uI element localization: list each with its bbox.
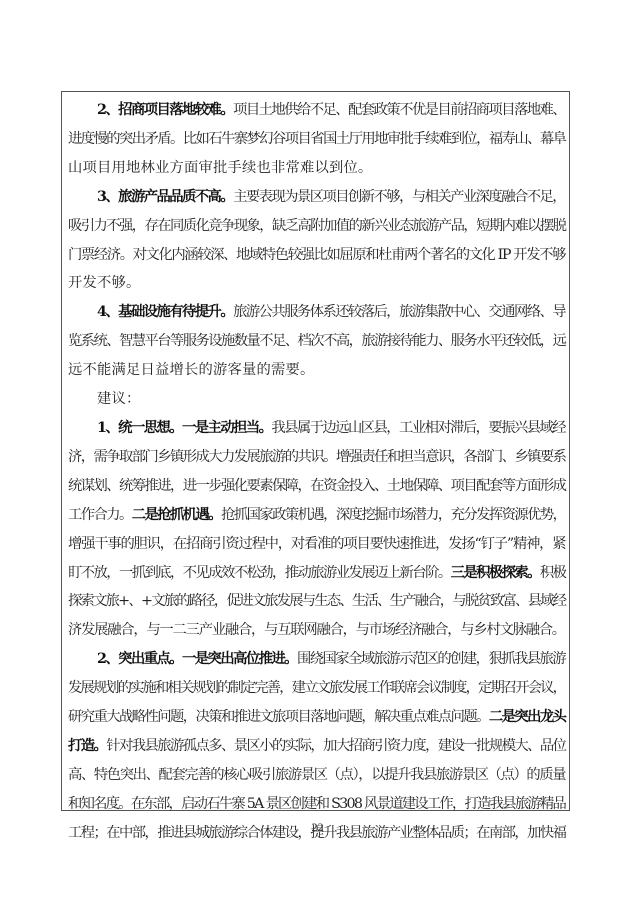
body-text: 抢抓国家政策机遇，深度挖掘市场潜力，充分发挥资源优势， bbox=[221, 507, 565, 523]
text-line: 增强干事的胆识，在招商引资过程中，对看准的项目要快速推进，发扬“钉子”精神，紧 bbox=[68, 530, 565, 559]
paragraph: 2、招商项目落地较难。项目土地供给不足、配套政策不优是目前招商项目落地难、进度慢… bbox=[68, 96, 565, 183]
body-text: 和知名度。在东部，启动石牛寨 5A 景区创建和 S308 风景道建设工作，打造我… bbox=[68, 796, 565, 812]
text-line: 远不能满足日益增长的游客量的需要。 bbox=[68, 356, 565, 385]
text-line: 进度慢的突出矛盾。比如石牛寨梦幻谷项目省国土厅用地审批手续难到位，福寿山、幕阜 bbox=[68, 125, 565, 154]
bold-heading-text: 2、突出重点。一是突出高位推进。 bbox=[97, 651, 297, 667]
text-line: 2、招商项目落地较难。项目土地供给不足、配套政策不优是目前招商项目落地难、 bbox=[68, 96, 565, 125]
text-line: 高、特色突出、配套完善的核心吸引旅游景区（点），以提升我县旅游景区（点）的质量 bbox=[68, 761, 565, 790]
body-text: 发展规划的实施和相关规划的制定完善，建立文旅发展工作联席会议制度，定期召开会议， bbox=[68, 680, 565, 696]
text-line: 研究重大战略性问题，决策和推进文旅项目落地问题，解决重点难点问题。二是突出龙头 bbox=[68, 703, 565, 732]
body-text: 进度慢的突出矛盾。比如石牛寨梦幻谷项目省国土厅用地审批手续难到位，福寿山、幕阜 bbox=[68, 131, 565, 147]
body-text: 围绕国家全域旅游示范区的创建，狠抓我县旅游 bbox=[297, 651, 565, 667]
bold-heading-text: 3、旅游产品品质不高。 bbox=[97, 189, 233, 205]
text-line: 济发展融合，与一二三产业融合，与互联网融合，与市场经济融合，与乡村文脉融合。 bbox=[68, 616, 565, 645]
body-text: 统谋划、统筹推进，进一步强化要素保障，在资金投入、土地保障、项目配套等方面形成 bbox=[68, 478, 565, 494]
body-text: 吸引力不强，存在同质化竞争现象，缺乏高附加值的新兴业态旅游产品，短期内难以摆脱 bbox=[68, 218, 565, 234]
text-line: 4、基础设施有待提升。旅游公共服务体系还较落后，旅游集散中心、交通网络、导 bbox=[68, 298, 565, 327]
paragraph: 4、基础设施有待提升。旅游公共服务体系还较落后，旅游集散中心、交通网络、导览系统… bbox=[68, 298, 565, 385]
text-line: 盯不放，一抓到底，不见成效不松劲，推动旅游业发展迈上新台阶。三是积极探索。积极 bbox=[68, 559, 565, 588]
body-text: 工作合力。 bbox=[68, 507, 132, 523]
body-text: 盯不放，一抓到底，不见成效不松劲，推动旅游业发展迈上新台阶。 bbox=[68, 565, 451, 581]
bold-heading-text: 打造。 bbox=[68, 738, 106, 754]
text-line: 3、旅游产品品质不高。主要表现为景区项目创新不够，与相关产业深度融合不足， bbox=[68, 183, 565, 212]
body-text: 针对我县旅游孤点多、景区小的实际，加大招商引资力度，建设一批规模大、品位 bbox=[106, 738, 565, 754]
body-text: 开发不够。 bbox=[68, 275, 140, 291]
body-text: 积极 bbox=[540, 565, 566, 581]
paragraph: 1、统一思想。一是主动担当。我县属于边远山区县，工业相对滞后，要振兴县域经济，需… bbox=[68, 414, 565, 645]
text-line: 探索文旅+、+文旅的路径，促进文旅发展与生态、生活、生产融合，与脱贫致富、县域经 bbox=[68, 587, 565, 616]
paragraph: 2、突出重点。一是突出高位推进。围绕国家全域旅游示范区的创建，狠抓我县旅游发展规… bbox=[68, 645, 565, 847]
body-text: 济，需争取部门乡镇形成大力发展旅游的共识。增强责任和担当意识，各部门、乡镇要系 bbox=[68, 449, 565, 465]
text-line: 打造。针对我县旅游孤点多、景区小的实际，加大招商引资力度，建设一批规模大、品位 bbox=[68, 732, 565, 761]
bold-heading-text: 二是突出龙头 bbox=[489, 709, 566, 725]
content-table-cell: 2、招商项目落地较难。项目土地供给不足、配套政策不优是目前招商项目落地难、进度慢… bbox=[61, 91, 570, 811]
text-line: 建议： bbox=[68, 385, 565, 414]
bold-heading-text: 2、招商项目落地较难。 bbox=[97, 102, 233, 118]
body-text: 项目土地供给不足、配套政策不优是目前招商项目落地难、 bbox=[233, 102, 565, 118]
body-text: 增强干事的胆识，在招商引资过程中，对看准的项目要快速推进，发扬“钉子”精神，紧 bbox=[68, 536, 565, 552]
text-line: 门票经济。对文化内涵较深、地域特色较强比如屈原和杜甫两个著名的文化 IP 开发不… bbox=[68, 241, 565, 270]
body-text: 览系统、智慧平台等服务设施数量不足、档次不高，旅游接待能力、服务水平还较低，远 bbox=[68, 333, 565, 349]
text-line: 1、统一思想。一是主动担当。我县属于边远山区县，工业相对滞后，要振兴县域经 bbox=[68, 414, 565, 443]
body-text: 研究重大战略性问题，决策和推进文旅项目落地问题，解决重点难点问题。 bbox=[68, 709, 489, 725]
bold-heading-text: 4、基础设施有待提升。 bbox=[97, 304, 233, 320]
page-number: 22 bbox=[0, 820, 635, 835]
paragraph: 建议： bbox=[68, 385, 565, 414]
body-text: 门票经济。对文化内涵较深、地域特色较强比如屈原和杜甫两个著名的文化 IP 开发不… bbox=[68, 247, 565, 263]
text-line: 工作合力。二是抢抓机遇。抢抓国家政策机遇，深度挖掘市场潜力，充分发挥资源优势， bbox=[68, 501, 565, 530]
body-text: 济发展融合，与一二三产业融合，与互联网融合，与市场经济融合，与乡村文脉融合。 bbox=[68, 622, 565, 638]
text-line: 济，需争取部门乡镇形成大力发展旅游的共识。增强责任和担当意识，各部门、乡镇要系 bbox=[68, 443, 565, 472]
body-text: 我县属于边远山区县，工业相对滞后，要振兴县域经 bbox=[271, 420, 565, 436]
text-line: 览系统、智慧平台等服务设施数量不足、档次不高，旅游接待能力、服务水平还较低，远 bbox=[68, 327, 565, 356]
text-line: 山项目用地林业方面审批手续也非常难以到位。 bbox=[68, 154, 565, 183]
body-text: 探索文旅+、+文旅的路径，促进文旅发展与生态、生活、生产融合，与脱贫致富、县域经 bbox=[68, 593, 565, 609]
text-line: 统谋划、统筹推进，进一步强化要素保障，在资金投入、土地保障、项目配套等方面形成 bbox=[68, 472, 565, 501]
text-line: 开发不够。 bbox=[68, 269, 565, 298]
body-text: 主要表现为景区项目创新不够，与相关产业深度融合不足， bbox=[233, 189, 565, 205]
text-line: 和知名度。在东部，启动石牛寨 5A 景区创建和 S308 风景道建设工作，打造我… bbox=[68, 790, 565, 819]
bold-heading-text: 三是积极探索。 bbox=[451, 565, 540, 581]
body-text: 高、特色突出、配套完善的核心吸引旅游景区（点），以提升我县旅游景区（点）的质量 bbox=[68, 767, 565, 783]
body-text: 远不能满足日益增长的游客量的需要。 bbox=[68, 362, 314, 378]
body-text: 建议： bbox=[97, 391, 141, 407]
text-line: 2、突出重点。一是突出高位推进。围绕国家全域旅游示范区的创建，狠抓我县旅游 bbox=[68, 645, 565, 674]
body-text: 旅游公共服务体系还较落后，旅游集散中心、交通网络、导 bbox=[233, 304, 565, 320]
text-line: 发展规划的实施和相关规划的制定完善，建立文旅发展工作联席会议制度，定期召开会议， bbox=[68, 674, 565, 703]
body-text: 山项目用地林业方面审批手续也非常难以到位。 bbox=[68, 160, 372, 176]
text-line: 吸引力不强，存在同质化竞争现象，缺乏高附加值的新兴业态旅游产品，短期内难以摆脱 bbox=[68, 212, 565, 241]
document-body: 2、招商项目落地较难。项目土地供给不足、配套政策不优是目前招商项目落地难、进度慢… bbox=[68, 96, 565, 848]
paragraph: 3、旅游产品品质不高。主要表现为景区项目创新不够，与相关产业深度融合不足，吸引力… bbox=[68, 183, 565, 299]
bold-heading-text: 1、统一思想。一是主动担当。 bbox=[97, 420, 271, 436]
bold-heading-text: 二是抢抓机遇。 bbox=[132, 507, 221, 523]
